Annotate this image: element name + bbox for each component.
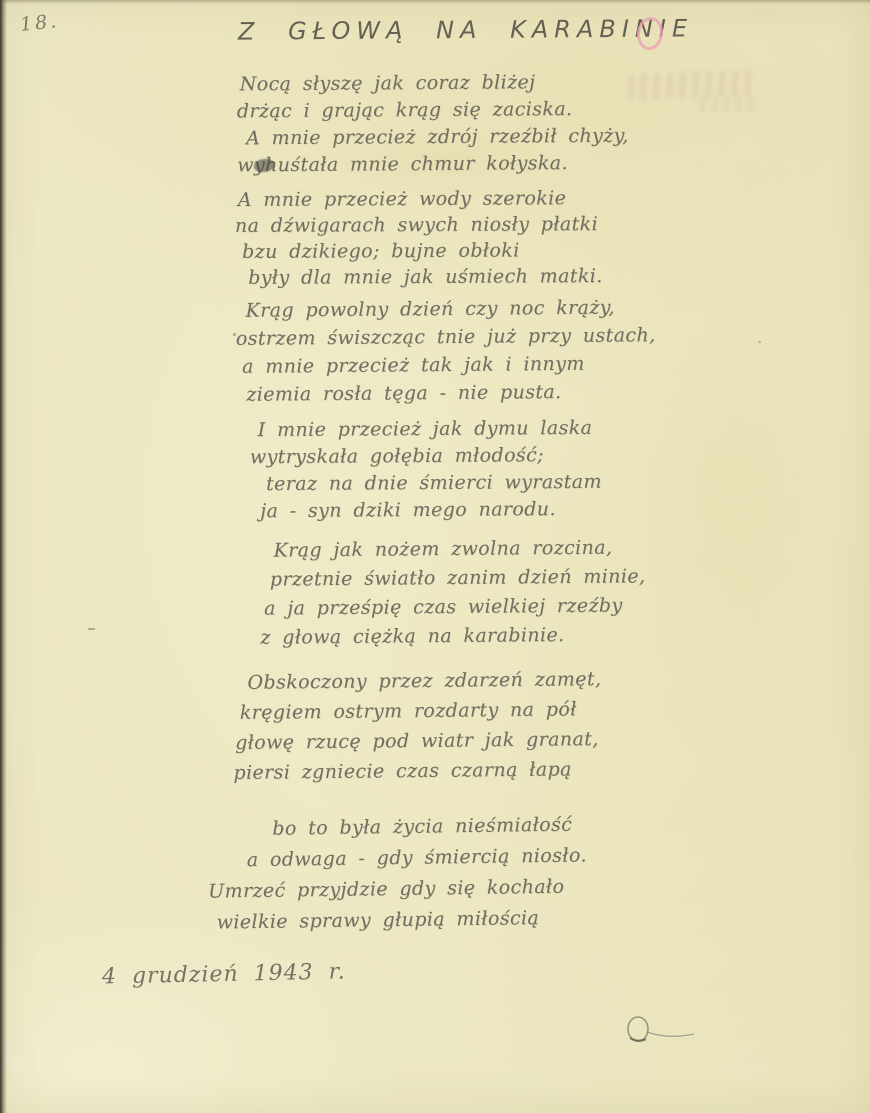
stanza: Nocą słyszę jak coraz bliżejdrżąc i graj… bbox=[240, 71, 629, 182]
poem-line: a ja prześpię czas wielkiej rzeźby bbox=[264, 594, 646, 626]
poem-line: były dla mnie jak uśmiech matki. bbox=[248, 265, 603, 293]
poem-line: wielkie sprawy głupią miłością bbox=[216, 906, 588, 942]
stanza: I mnie przecież jak dymu laskawytryskała… bbox=[252, 417, 603, 527]
pencil-speck bbox=[233, 333, 236, 336]
manuscript-page: 18. Z GŁOWĄ NA KARABINIE Nocą słyszę jak… bbox=[0, 0, 870, 1113]
poem-line: ziemia rosła tęga - nie pusta. bbox=[246, 380, 656, 412]
poem-line: I mnie przecież jak dymu laska bbox=[258, 417, 602, 446]
pencil-speck bbox=[758, 341, 761, 343]
poem-line: ja - syn dziki mego narodu. bbox=[260, 498, 602, 527]
poem-line: na dźwigarach swych niosły płatki bbox=[235, 213, 603, 241]
poem-line: drżąc i grając krąg się zaciska. bbox=[237, 98, 629, 128]
poem-line: a mnie przecież tak jak i innym bbox=[242, 352, 656, 384]
page-number: 18. bbox=[19, 10, 60, 36]
poem-line: głowę rzucę pod wiatr jak granat, bbox=[235, 728, 602, 762]
poem-line: Nocą słyszę jak coraz bliżej bbox=[240, 71, 629, 101]
stanza: Krąg powolny dzień czy noc krąży,ostrzem… bbox=[242, 296, 657, 412]
scan-edge-shadow-top bbox=[0, 0, 870, 4]
poem-line: A mnie przecież zdrój rzeźbił chyży, bbox=[246, 125, 629, 155]
pencil-speck bbox=[88, 628, 95, 630]
poem-line: a odwaga - gdy śmiercią niosło. bbox=[247, 844, 588, 880]
poem-line: Obskoczony przez zdarzeń zamęt, bbox=[247, 668, 601, 702]
poem-line: Krąg powolny dzień czy noc krąży, bbox=[246, 296, 656, 328]
poem-line: wytryskała gołębia młodość; bbox=[250, 444, 602, 473]
poem-line: z głową ciężką na karabinie. bbox=[260, 623, 646, 655]
poem-line: kręgiem ostrym rozdarty na pół bbox=[240, 698, 602, 732]
date-line: 4 grudzień 1943 r. bbox=[102, 959, 346, 989]
poem-line: piersi zgniecie czas czarną łapą bbox=[233, 758, 602, 792]
poem-line: wyhuśtała mnie chmur kołyska. bbox=[237, 152, 629, 182]
stanza: A mnie przecież wody szerokiena dźwigara… bbox=[238, 187, 603, 293]
pencil-doodle bbox=[622, 1012, 712, 1058]
poem-line: ostrzem świszcząc tnie już przy ustach, bbox=[236, 324, 656, 356]
stanza: bo to była życia nieśmiałośća odwaga - g… bbox=[207, 813, 588, 942]
ink-bleedthrough-mark bbox=[700, 96, 760, 112]
poem-line: Krąg jak nożem zwolna rozcina, bbox=[274, 536, 646, 568]
poem-title: Z GŁOWĄ NA KARABINIE bbox=[238, 14, 693, 45]
poem-line: A mnie przecież wody szerokie bbox=[238, 187, 603, 215]
poem-line: bzu dzikiego; bujne obłoki bbox=[242, 239, 603, 267]
poem-line: teraz na dnie śmierci wyrastam bbox=[266, 471, 602, 500]
stanza: Krąg jak nożem zwolna rozcina,przetnie ś… bbox=[262, 536, 647, 655]
poem-line: bo to była życia nieśmiałość bbox=[272, 813, 587, 848]
poem-line: przetnie światło zanim dzień minie, bbox=[270, 565, 646, 597]
scan-edge-shadow bbox=[0, 0, 7, 1113]
stanza: Obskoczony przez zdarzeń zamęt,kręgiem o… bbox=[239, 668, 602, 792]
